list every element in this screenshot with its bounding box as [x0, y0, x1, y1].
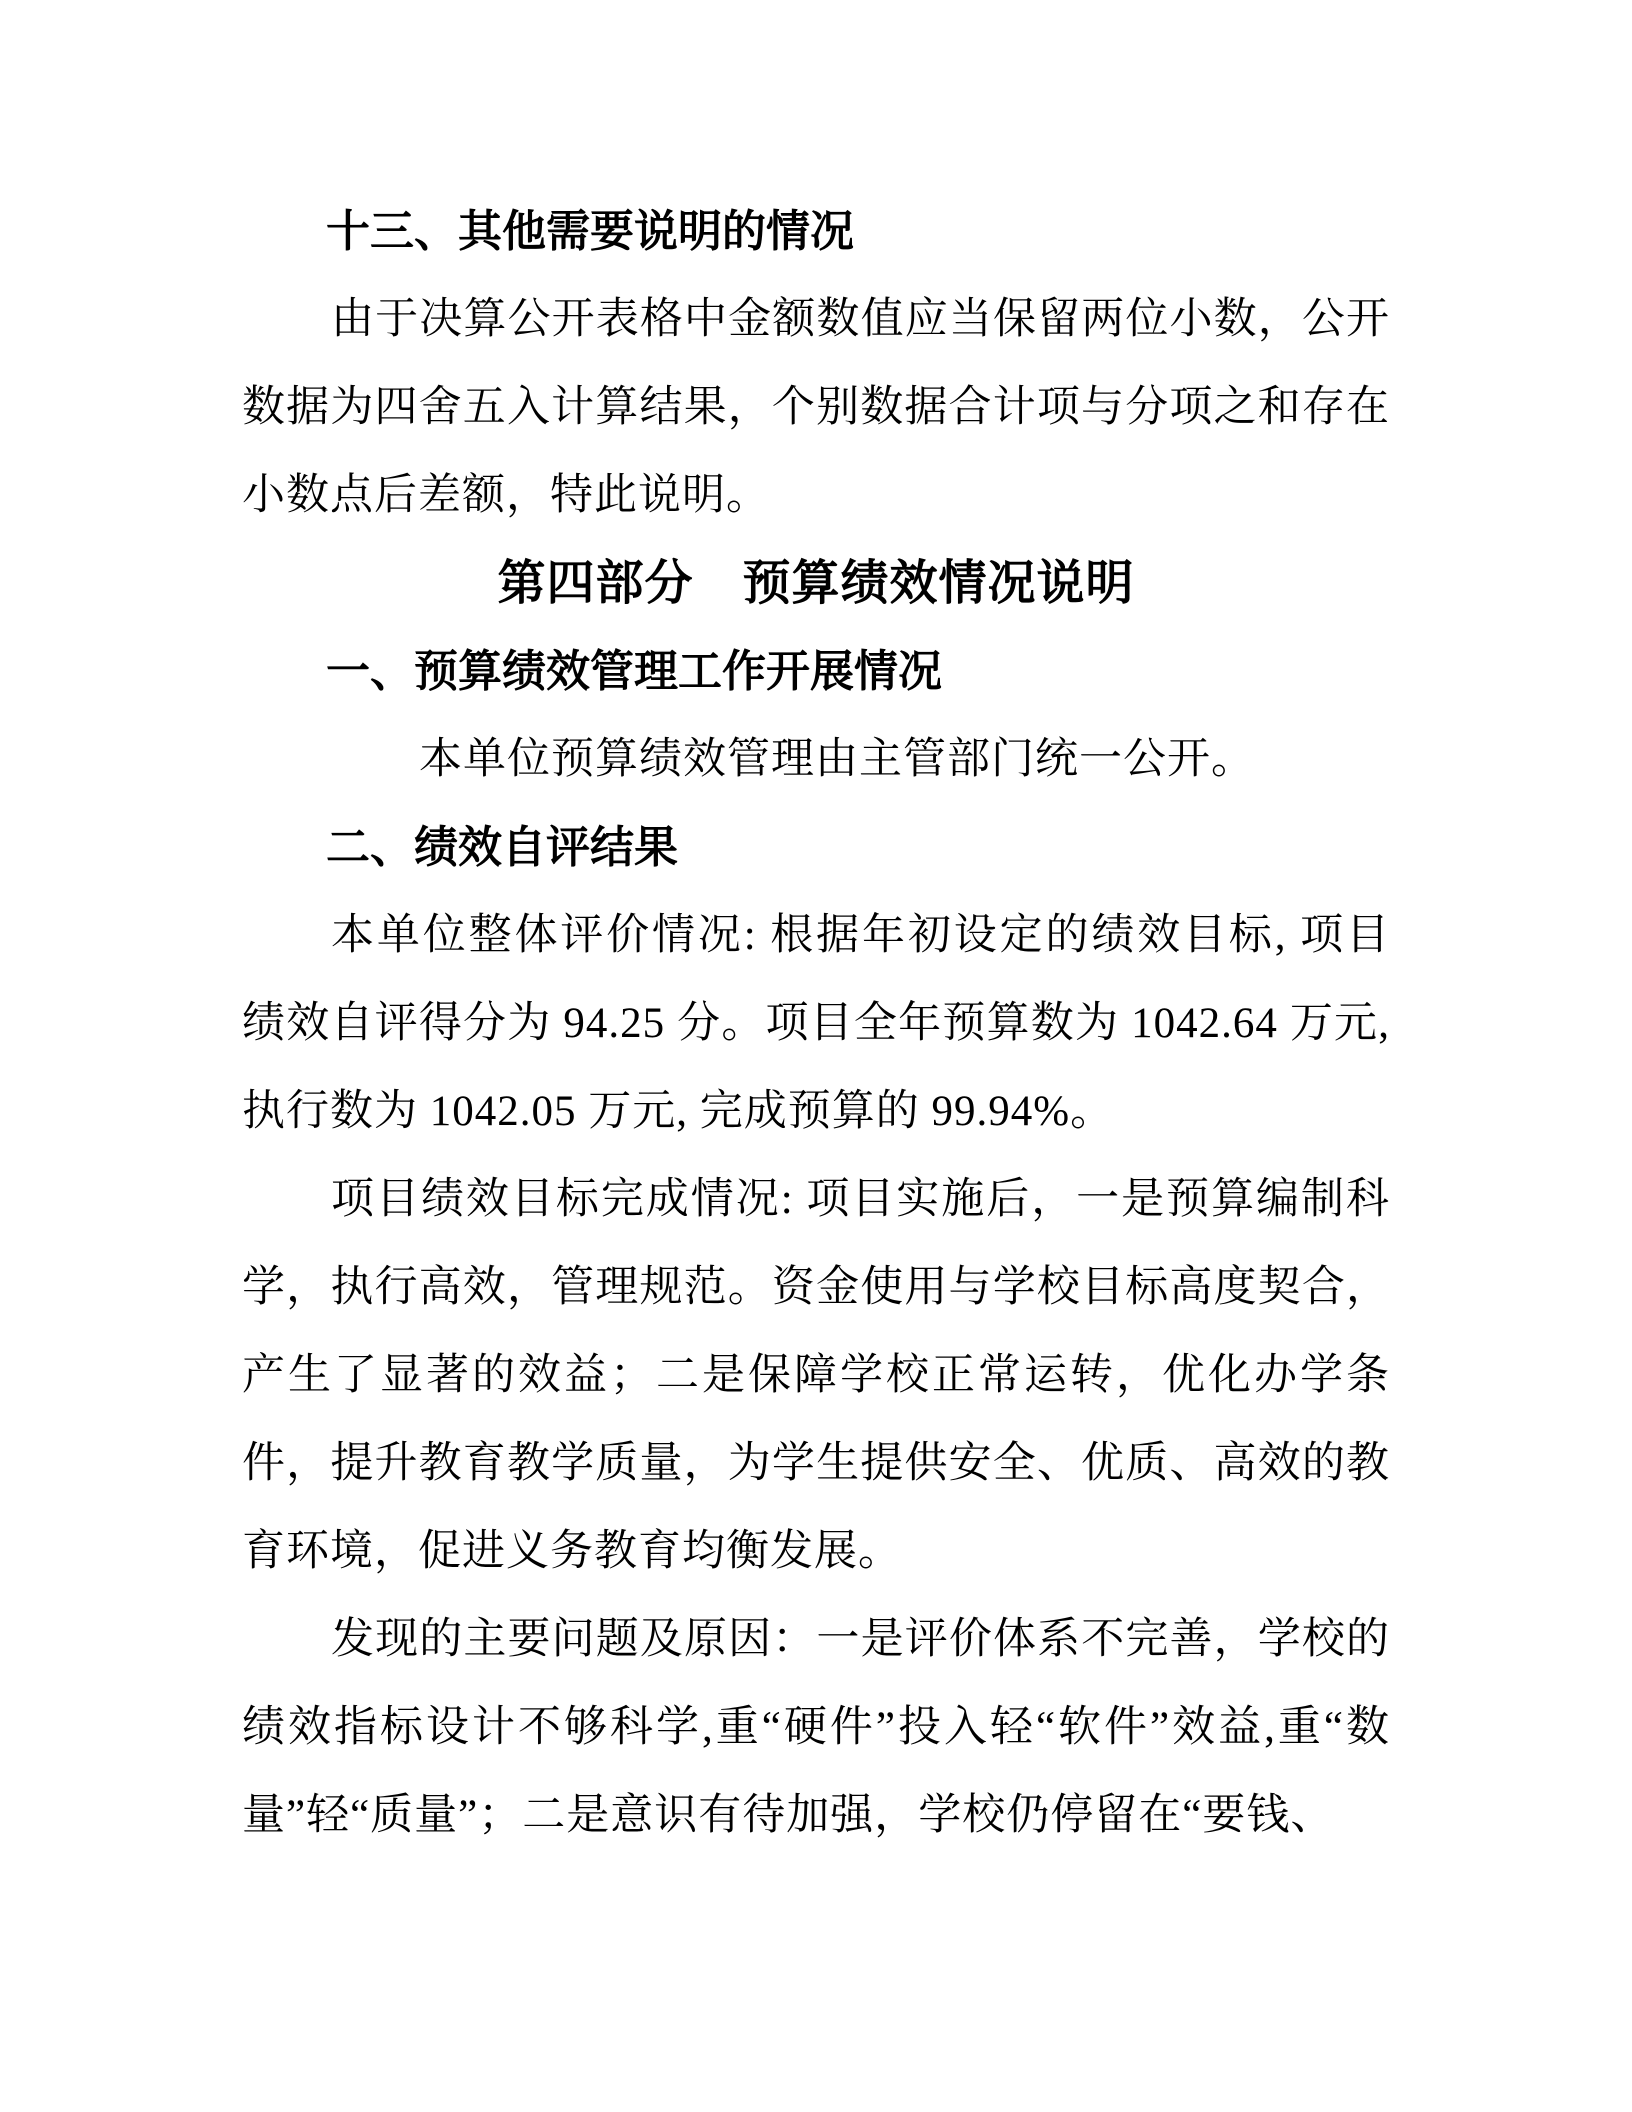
- para-rounding-note: 由于决算公开表格中金额数值应当保留两位小数，公开数据为四舍五入计算结果，个别数据…: [242, 276, 1390, 540]
- para-overall-evaluation: 本单位整体评价情况: 根据年初设定的绩效目标, 项目绩效自评得分为 94.25 …: [242, 892, 1390, 1156]
- para-performance-management-disclosure: 本单位预算绩效管理由主管部门统一公开。: [242, 716, 1390, 804]
- heading-sub-2-self-evaluation: 二、绩效自评结果: [242, 804, 1390, 892]
- para-target-completion: 项目绩效目标完成情况: 项目实施后，一是预算编制科学，执行高效，管理规范。资金使…: [242, 1156, 1390, 1596]
- para-problems-found: 发现的主要问题及原因：一是评价体系不完善，学校的绩效指标设计不够科学,重“硬件”…: [242, 1596, 1390, 1860]
- heading-part-4: 第四部分 预算绩效情况说明: [242, 540, 1390, 628]
- heading-section-13: 十三、其他需要说明的情况: [242, 188, 1390, 276]
- document-page: 十三、其他需要说明的情况 由于决算公开表格中金额数值应当保留两位小数，公开数据为…: [0, 0, 1632, 2112]
- heading-sub-1-performance-management: 一、预算绩效管理工作开展情况: [242, 628, 1390, 716]
